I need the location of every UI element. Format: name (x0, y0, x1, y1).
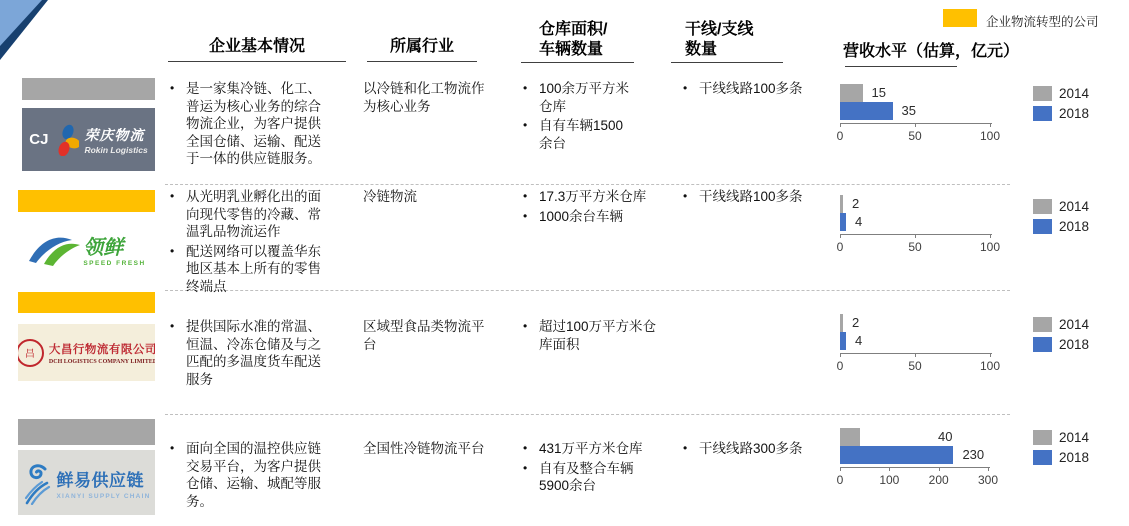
chart-axis (840, 467, 990, 468)
bullet-dot: • (523, 460, 539, 495)
bullet-dot: • (170, 318, 186, 388)
axis-tick-label: 200 (929, 473, 949, 487)
legend-label: 2018 (1059, 106, 1089, 121)
legend-swatch (1033, 317, 1052, 332)
axis-tick (990, 123, 991, 127)
bullet-dot: • (170, 243, 186, 296)
legend-label: 2014 (1059, 86, 1089, 101)
chart-legend-entry: 2014 (1033, 86, 1089, 101)
bullet-dot: • (523, 318, 539, 353)
bullet-text: 提供国际水准的常温、 恒温、冷冻仓储及与之 匹配的多温度货车配送 服务 (186, 318, 321, 388)
industry-speedfresh: 冷链物流 (363, 188, 488, 206)
rokin-logistics-logo: CJ 荣庆物流 Rokin Logistics (22, 108, 155, 171)
bar-2018 (840, 332, 846, 350)
axis-tick-label: 100 (980, 129, 1000, 143)
bullet-text: 超过100万平方米仓 库面积 (539, 318, 656, 353)
speed-fresh-logo-cn: 领鲜 (83, 231, 123, 260)
bar-2018 (840, 102, 893, 120)
bar-2014 (840, 195, 843, 213)
column-header-revenue-underline (845, 66, 957, 67)
axis-tick (915, 353, 916, 357)
cj-logo-text: CJ (29, 131, 48, 148)
bullet-text: 17.3万平方米仓库 (539, 188, 646, 206)
row-tag-speedfresh (18, 190, 155, 212)
bullet-text: 从光明乳业孵化出的面 向现代零售的冷藏、常 温乳品物流运作 (186, 188, 321, 241)
bullet-text: 干线线路100多条 (699, 80, 803, 98)
bullet-item: •配送网络可以覆盖华东 地区基本上所有的零售 终端点 (170, 243, 365, 296)
rokin-logo-en: Rokin Logistics (84, 145, 147, 155)
bullet-item: •17.3万平方米仓库 (523, 188, 668, 206)
speed-fresh-logo: 领鲜 SPEED FRESH (18, 217, 155, 281)
axis-tick-label: 100 (980, 240, 1000, 254)
bar-value-label: 40 (938, 428, 952, 446)
bullet-item: •从光明乳业孵化出的面 向现代零售的冷藏、常 温乳品物流运作 (170, 188, 365, 241)
bullet-text: 100余万平方米 仓库 (539, 80, 629, 115)
chart-legend-entry: 2018 (1033, 337, 1089, 352)
bullet-dot: • (523, 80, 539, 115)
bullet-dot: • (683, 440, 699, 458)
dch-logo-cn: 大昌行物流有限公司 (49, 341, 155, 357)
bullet-dot: • (523, 208, 539, 226)
legend-label: 2014 (1059, 430, 1089, 445)
revenue-chart-legend: 20142018 (1033, 317, 1089, 357)
basic-info-rokin: •是一家集冷链、化工、 普运为核心业务的综合 物流企业，为客户提供 全国仓储、运… (170, 80, 365, 170)
axis-tick-label: 0 (837, 473, 844, 487)
row-separator (165, 414, 1010, 415)
revenue-chart-legend: 20142018 (1033, 430, 1089, 470)
bar-2014 (840, 84, 863, 102)
axis-tick-label: 50 (908, 240, 921, 254)
revenue-chart-dch: 24050100 (840, 314, 1015, 376)
bullet-item: •提供国际水准的常温、 恒温、冷冻仓储及与之 匹配的多温度货车配送 服务 (170, 318, 365, 388)
bullet-item: •干线线路100多条 (683, 188, 833, 206)
bullet-text: 干线线路300多条 (699, 440, 803, 458)
column-header-warehouse: 仓库面积/ 车辆数量 (521, 20, 634, 63)
bullet-text: 自有及整合车辆 5900余台 (539, 460, 634, 495)
warehouse-dch: •超过100万平方米仓 库面积 (523, 318, 668, 355)
bullet-text: 431万平方米仓库 (539, 440, 643, 458)
legend-swatch (1033, 219, 1052, 234)
xianyi-logo-en: XIANYI SUPPLY CHAIN (57, 493, 151, 500)
chart-legend-entry: 2014 (1033, 199, 1089, 214)
chart-axis (840, 353, 992, 354)
industry-xianyi: 全国性冷链物流平台 (363, 440, 488, 458)
row-tag-xianyi (18, 419, 155, 445)
axis-tick (990, 234, 991, 238)
warehouse-rokin: •100余万平方米 仓库•自有车辆1500 余台 (523, 80, 668, 154)
bar-2018 (840, 446, 953, 464)
bar-value-label: 4 (855, 213, 862, 231)
basic-info-speedfresh: •从光明乳业孵化出的面 向现代零售的冷藏、常 温乳品物流运作•配送网络可以覆盖华… (170, 188, 365, 297)
bar-value-label: 230 (962, 446, 984, 464)
legend-swatch (1033, 337, 1052, 352)
industry-rokin: 以冷链和化工物流作 为核心业务 (363, 80, 488, 115)
bullet-dot: • (170, 80, 186, 168)
basic-info-xianyi: •面向全国的温控供应链 交易平台，为客户提供 仓储、运输、城配等服 务。 (170, 440, 365, 512)
bullet-text: 是一家集冷链、化工、 普运为核心业务的综合 物流企业，为客户提供 全国仓储、运输… (186, 80, 321, 168)
row-tag-dch (18, 292, 155, 313)
legend-label: 2018 (1059, 337, 1089, 352)
legend-label: 2018 (1059, 450, 1089, 465)
legend-swatch (1033, 430, 1052, 445)
bullet-dot: • (170, 440, 186, 510)
speed-fresh-swoosh-icon (27, 231, 81, 267)
bar-value-label: 15 (872, 84, 886, 102)
row-separator (165, 184, 1010, 185)
bullet-item: •是一家集冷链、化工、 普运为核心业务的综合 物流企业，为客户提供 全国仓储、运… (170, 80, 365, 168)
basic-info-dch: •提供国际水准的常温、 恒温、冷冻仓储及与之 匹配的多温度货车配送 服务 (170, 318, 365, 390)
legend-swatch (1033, 106, 1052, 121)
bullet-item: •1000余台车辆 (523, 208, 668, 226)
axis-tick (915, 234, 916, 238)
row-tag-rokin (22, 78, 155, 100)
legend-swatch (1033, 450, 1052, 465)
bullet-item: •干线线路300多条 (683, 440, 833, 458)
bullet-text: 面向全国的温控供应链 交易平台，为客户提供 仓储、运输、城配等服 务。 (186, 440, 321, 510)
column-header-trunk: 干线/支线 数量 (671, 20, 783, 63)
chart-legend-entry: 2018 (1033, 106, 1089, 121)
axis-tick (840, 467, 841, 471)
bar-value-label: 2 (852, 195, 859, 213)
dch-logo-en: DCH LOGISTICS COMPANY LIMITED (49, 359, 155, 365)
revenue-chart-speedfresh: 24050100 (840, 195, 1015, 257)
axis-tick (840, 123, 841, 127)
legend-label: 2018 (1059, 219, 1089, 234)
axis-tick-label: 0 (837, 129, 844, 143)
chart-legend-entry: 2014 (1033, 317, 1089, 332)
bullet-dot: • (170, 188, 186, 241)
revenue-chart-legend: 20142018 (1033, 199, 1089, 239)
legend-swatch (1033, 86, 1052, 101)
axis-tick-label: 100 (980, 359, 1000, 373)
axis-tick (988, 467, 989, 471)
axis-tick (840, 353, 841, 357)
bullet-text: 干线线路100多条 (699, 188, 803, 206)
revenue-chart-xianyi: 402300100200300 (840, 428, 1015, 490)
trunk-speedfresh: •干线线路100多条 (683, 188, 833, 208)
column-header-revenue: 营收水平（估算，亿元） (843, 38, 1019, 61)
bullet-item: •干线线路100多条 (683, 80, 833, 98)
bullet-item: •431万平方米仓库 (523, 440, 668, 458)
axis-tick (915, 123, 916, 127)
axis-tick (889, 467, 890, 471)
axis-tick-label: 50 (908, 129, 921, 143)
bar-value-label: 2 (852, 314, 859, 332)
axis-tick-label: 50 (908, 359, 921, 373)
bullet-item: •自有车辆1500 余台 (523, 117, 668, 152)
bar-2018 (840, 213, 846, 231)
bullet-item: •自有及整合车辆 5900余台 (523, 460, 668, 495)
axis-tick-label: 0 (837, 240, 844, 254)
legend-label: 2014 (1059, 317, 1089, 332)
axis-tick-label: 300 (978, 473, 998, 487)
bullet-item: •超过100万平方米仓 库面积 (523, 318, 668, 353)
rokin-logo-cn: 荣庆物流 (84, 125, 144, 145)
warehouse-xianyi: •431万平方米仓库•自有及整合车辆 5900余台 (523, 440, 668, 497)
chart-legend-entry: 2014 (1033, 430, 1089, 445)
chart-axis (840, 123, 992, 124)
axis-tick-label: 0 (837, 359, 844, 373)
bar-value-label: 35 (902, 102, 916, 120)
axis-tick (939, 467, 940, 471)
bullet-dot: • (683, 188, 699, 206)
cj-petals-icon (53, 124, 79, 156)
trunk-xianyi: •干线线路300多条 (683, 440, 833, 460)
bar-value-label: 4 (855, 332, 862, 350)
bullet-dot: • (523, 188, 539, 206)
chart-legend-entry: 2018 (1033, 219, 1089, 234)
column-header-basic: 企业基本情况 (168, 37, 346, 62)
dch-logistics-logo: 昌 大昌行物流有限公司 DCH LOGISTICS COMPANY LIMITE… (18, 324, 155, 381)
legend-swatch (1033, 199, 1052, 214)
xianyi-logo-cn: 鲜易供应链 (57, 466, 145, 491)
dch-seal-icon: 昌 (18, 339, 44, 367)
bullet-text: 配送网络可以覆盖华东 地区基本上所有的零售 终端点 (186, 243, 321, 296)
bullet-item: •100余万平方米 仓库 (523, 80, 668, 115)
bullet-dot: • (683, 80, 699, 98)
axis-tick (990, 353, 991, 357)
industry-dch: 区域型食品类物流平 台 (363, 318, 488, 353)
chart-legend-entry: 2018 (1033, 450, 1089, 465)
trunk-rokin: •干线线路100多条 (683, 80, 833, 100)
revenue-chart-rokin: 1535050100 (840, 84, 1015, 146)
axis-tick (840, 234, 841, 238)
bullet-dot: • (523, 440, 539, 458)
bullet-text: 1000余台车辆 (539, 208, 623, 226)
xianyi-glyph-icon (23, 461, 53, 505)
speed-fresh-logo-en: SPEED FRESH (83, 260, 145, 267)
axis-tick-label: 100 (879, 473, 899, 487)
transform-company-legend-swatch (943, 9, 977, 27)
slide-canvas: 企业物流转型的公司 企业基本情况 所属行业 仓库面积/ 车辆数量 干线/支线 数… (0, 0, 1129, 526)
column-header-industry: 所属行业 (367, 37, 477, 62)
legend-label: 2014 (1059, 199, 1089, 214)
transform-company-legend-label: 企业物流转型的公司 (986, 12, 1099, 30)
bullet-dot: • (523, 117, 539, 152)
bullet-text: 自有车辆1500 余台 (539, 117, 623, 152)
chart-axis (840, 234, 992, 235)
revenue-chart-legend: 20142018 (1033, 86, 1089, 126)
bar-2014 (840, 428, 860, 446)
bar-2014 (840, 314, 843, 332)
bullet-item: •面向全国的温控供应链 交易平台，为客户提供 仓储、运输、城配等服 务。 (170, 440, 365, 510)
warehouse-speedfresh: •17.3万平方米仓库•1000余台车辆 (523, 188, 668, 227)
xianyi-supply-chain-logo: 鲜易供应链 XIANYI SUPPLY CHAIN (18, 450, 155, 515)
